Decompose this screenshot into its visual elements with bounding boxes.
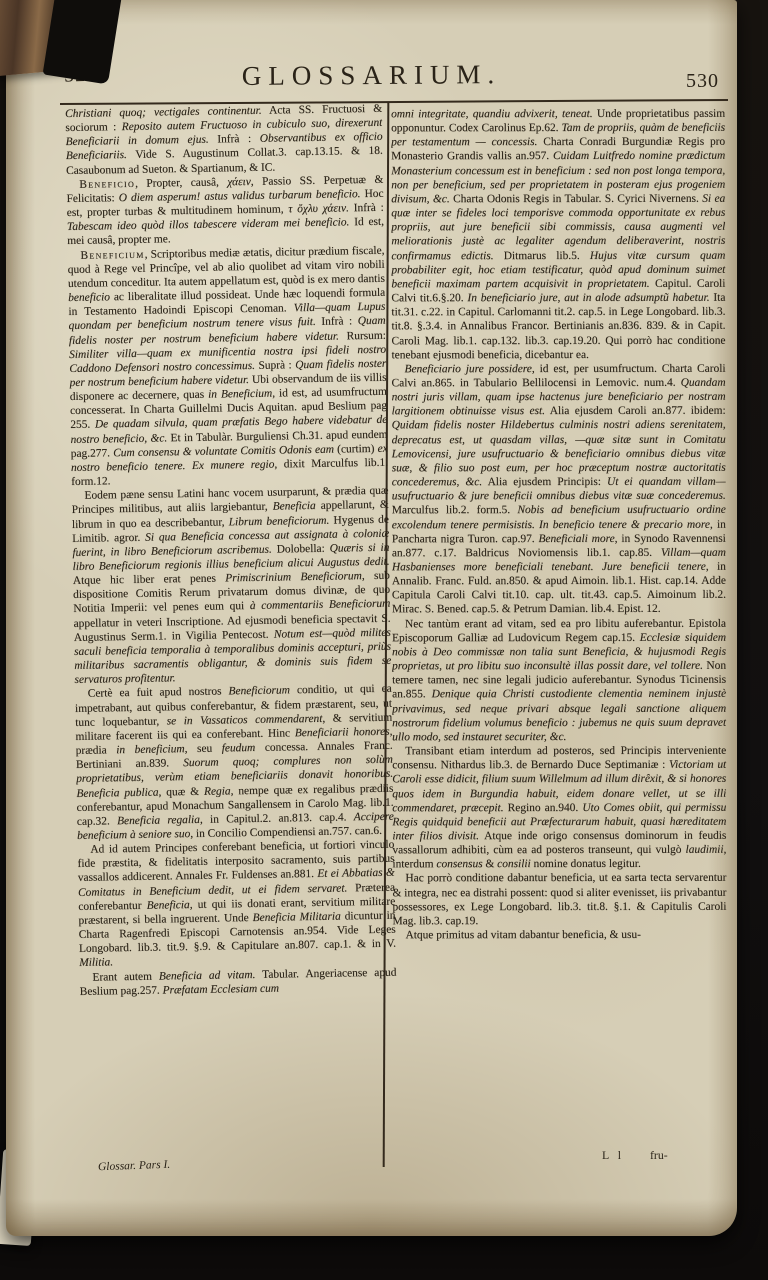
text-run: Librum beneficiorum. (229, 514, 330, 528)
text-run: in Beneficium (208, 388, 272, 401)
text-run: Infrà : (209, 133, 260, 146)
text-run: Certè ea fuit apud nostros (88, 686, 229, 700)
paragraph: Nec tantùm erant ad vitam, sed ea pro li… (392, 616, 726, 744)
text-run: beneficio (68, 291, 110, 304)
text-run: In beneficiario jure, aut in alode adsum… (467, 292, 709, 304)
text-run: Marculfus lib.2. form.5. (392, 504, 518, 516)
signature-line: L l fru- (392, 1148, 726, 1164)
text-run: Beneficia regalia (117, 814, 200, 827)
column-right: omni integritate, quandiu advixerit, ten… (391, 107, 727, 1170)
text-run: , Propter, causâ, (135, 176, 227, 190)
text-run: Infrà : (316, 316, 358, 329)
text-run: Beneficiario jure possidere (405, 363, 532, 375)
paragraph: Erant autem Beneficia ad vitam. Tabular.… (79, 965, 396, 999)
text-run: Beneficia Militaria (253, 910, 341, 923)
text-run: consensus (436, 858, 482, 870)
catchword: fru- (650, 1148, 668, 1163)
text-run: Rursum: (339, 329, 386, 342)
text-run: Regino an.940. (504, 802, 583, 814)
text-run: χάειν (227, 176, 251, 188)
text-run: O diem asperum! astus validus turbarum b… (119, 188, 361, 204)
header-rule (60, 99, 728, 105)
text-run: Regia (204, 785, 231, 797)
signature-mark: L l (602, 1148, 624, 1163)
text-run: Hac porrò conditione dabantur beneficia,… (392, 872, 726, 927)
text-run: , seu (184, 743, 221, 756)
text-run: (curtim) (334, 443, 378, 456)
paragraph: Certè ea fuit apud nostros Beneficiorum … (75, 682, 395, 843)
text-run: Beneficiorum (228, 685, 290, 698)
paragraph: Beneficio, Propter, causâ, χάειν, Passio… (66, 173, 384, 249)
text-run: Beneficia ad vitam. (159, 968, 256, 982)
text-run: Beneficia (273, 500, 316, 513)
text-run: Beneficia (147, 899, 190, 912)
text-run: Beneficiarii honores (295, 726, 390, 740)
text-run: nomine donatus legitur. (531, 858, 641, 870)
text-run: Atque primitus ad vitam dabantur benefic… (406, 929, 641, 941)
text-run: omni integritate, quandiu advixerit, ten… (391, 108, 593, 120)
paragraph: Atque primitus ad vitam dabantur benefic… (393, 928, 727, 943)
paragraph: Eodem pæne sensu Latini hanc vocem usurp… (71, 484, 391, 687)
text-run: Charta Odonis Regis in Tabular. S. Cyric… (450, 193, 703, 205)
footer-volume-label: Glossar. Pars I. (98, 1159, 171, 1174)
column-left: Christiani quoq; vectigales continentur.… (65, 102, 400, 1169)
book-page: 529 GLOSSARIUM. 530 Christiani quoq; vec… (6, 0, 737, 1236)
page-number-right: 530 (686, 70, 719, 93)
text-run: , in Capitul.2. an.813. cap.4. (200, 811, 354, 826)
text-run: consilii (497, 858, 531, 870)
text-run: Infrà : (349, 202, 384, 215)
text-run: feudum (222, 742, 256, 755)
text-run: , quæ & (158, 785, 204, 798)
text-run: Beneficiali more (538, 533, 614, 545)
text-run: Dolobella: (272, 543, 330, 556)
paragraph: Beneficiario jure possidere, id est, per… (392, 362, 726, 617)
text-run: Tabescam ideo quòd illos tabescere vider… (67, 217, 350, 234)
text-run: & (483, 858, 498, 870)
paragraph: Beneficium, Scriptoribus mediæ ætatis, d… (67, 243, 388, 489)
paragraph: omni integritate, quandiu advixerit, ten… (391, 107, 725, 362)
text-run: se in Vassaticos commendarent (167, 713, 323, 728)
running-title: GLOSSARIUM. (6, 57, 737, 93)
text-run: Denique quia Christi custodiente clement… (392, 688, 726, 743)
text-run: τ ὄχλυ χάειν. (288, 202, 349, 215)
text-run: Militia. (79, 957, 113, 970)
text-run: Atque hic liber erat penes (73, 573, 226, 588)
text-run: Ditmarus lib.5. (494, 250, 590, 262)
text-run: Alia ejusdem Principis: (482, 476, 607, 488)
text-run: laudimii (686, 844, 724, 856)
text-run: Suprà : (255, 359, 295, 372)
text-run: Beneficia publica (76, 786, 158, 799)
paragraph: Transibant etiam interdum ad posteros, s… (392, 744, 726, 872)
text-run: à commentariis Beneficiorum (250, 598, 391, 612)
text-run: Erant autem (92, 970, 159, 983)
text-run: Cum consensu & voluntate Comitis Odonis … (113, 443, 334, 459)
text-run: in beneficium (116, 743, 185, 756)
entry-headword: Beneficium (80, 248, 144, 261)
entry-headword: Beneficio (79, 178, 135, 191)
paragraph: Christiani quoq; vectigales continentur.… (65, 102, 383, 178)
text-run: Alia ejusdem Caroli an.877. ibidem: (545, 405, 726, 417)
paragraph: Ad id autem Principes conferebant benefi… (77, 838, 396, 971)
text-run: Primiscrinium Beneficiorum (225, 570, 362, 584)
text-run: Christiani quoq; vectigales continentur. (65, 105, 262, 120)
paragraph: Hac porrò conditione dabantur beneficia,… (392, 871, 726, 928)
text-run: Præfatam Ecclesiam cum (162, 982, 279, 996)
